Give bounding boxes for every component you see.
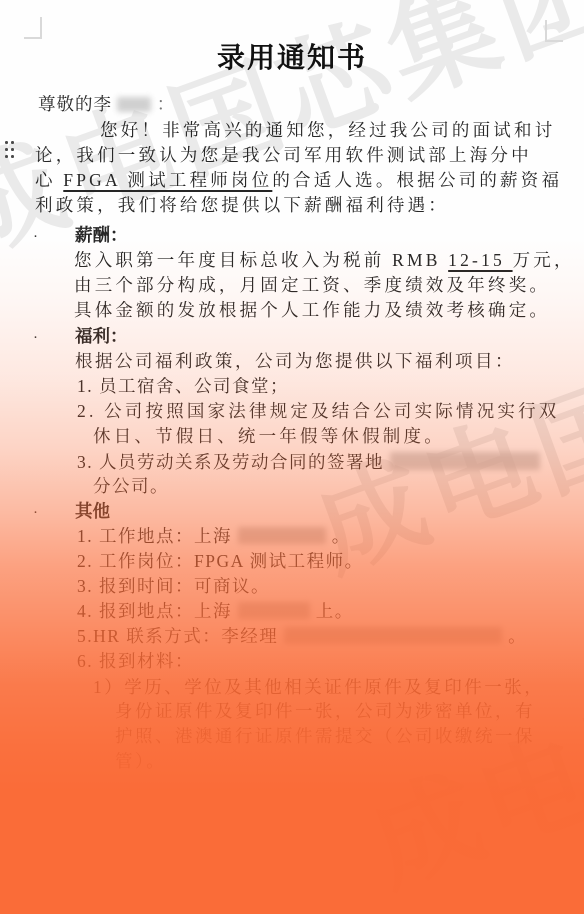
- work-location-label: 1. 工作地点：上海: [77, 526, 232, 546]
- others-item-4: 4. 报到地点：上海 上。: [77, 602, 354, 621]
- scanned-offer-letter: 成电国芯集团 成电国芯集团 成电国芯集团 录用通知书 尊敬的李 ： 您好！非常高…: [0, 0, 584, 914]
- others-item-6: 6. 报到材料：: [77, 652, 194, 671]
- welfare-item-3-text: 3. 人员劳动关系及劳动合同的签署地: [77, 452, 384, 472]
- salary-line-2: 由三个部分构成，月固定工资、季度绩效及年终奖。: [74, 276, 550, 295]
- intro-line-4: 利政策，我们将给您提供以下薪酬福利待遇：: [35, 196, 449, 215]
- salary-line-1: 您入职第一年度目标总收入为税前 RMB 12-15 万元，: [74, 251, 575, 270]
- drag-handle-icon[interactable]: [5, 141, 14, 158]
- materials-line-4: 管）。: [115, 752, 166, 771]
- welfare-item-2-line-1: 2. 公司按照国家法律规定及结合公司实际情况实行双: [77, 402, 560, 421]
- welfare-heading-line: ·福利：: [33, 327, 128, 348]
- salary-heading: 薪酬：: [75, 225, 128, 245]
- others-item-3: 3. 报到时间：可商议。: [77, 577, 270, 596]
- salutation: 尊敬的李 ：: [38, 95, 175, 114]
- intro-line-3-pre: 心: [35, 170, 63, 190]
- others-item-1-suffix: 。: [332, 526, 351, 546]
- list-bullet: ·: [33, 228, 75, 247]
- hr-contact-label: 5.HR 联系方式：李经理: [77, 626, 278, 646]
- others-heading: 其他: [75, 501, 110, 521]
- materials-line-1: 1）学历、学位及其他相关证件原件及复印件一张，: [93, 678, 544, 697]
- report-location-label: 4. 报到地点：上海: [77, 601, 232, 621]
- salary-range-underlined: 12-15: [448, 250, 512, 270]
- intro-line-3: 心 FPGA 测试工程师岗位的合适人选。根据公司的薪资福: [35, 171, 562, 190]
- redacted-report-address: [238, 602, 310, 619]
- list-bullet: ·: [33, 329, 75, 348]
- redacted-work-address: [238, 527, 326, 544]
- others-item-5: 5.HR 联系方式：李经理 。: [77, 627, 527, 646]
- salary-line-3: 具体金额的发放根据个人工作能力及绩效考核确定。: [74, 301, 550, 320]
- intro-line-3-post: 的合适人选。根据公司的薪资福: [272, 170, 562, 190]
- document-title: 录用通知书: [0, 36, 584, 76]
- redacted-name: [117, 97, 151, 112]
- salutation-suffix: ：: [157, 94, 176, 114]
- others-item-5-suffix: 。: [508, 626, 527, 646]
- others-item-4-suffix: 上。: [316, 601, 354, 621]
- list-bullet: ·: [33, 504, 75, 523]
- salary-line-1-pre: 您入职第一年度目标总收入为税前 RMB: [74, 250, 448, 270]
- welfare-heading: 福利：: [75, 326, 128, 346]
- others-heading-line: ·其他: [33, 502, 110, 523]
- materials-line-3: 护照、港澳通行证原件需提交（公司收缴统一保: [115, 727, 535, 746]
- intro-line-1: 您好！非常高兴的通知您，经过我公司的面试和讨: [100, 121, 555, 140]
- others-item-2: 2. 工作岗位：FPGA 测试工程师。: [77, 552, 364, 571]
- welfare-item-1: 1. 员工宿舍、公司食堂；: [77, 377, 289, 396]
- salutation-prefix: 尊敬的李: [38, 94, 112, 114]
- welfare-item-3-line-2: 分公司。: [93, 477, 169, 496]
- intro-line-2: 论，我们一致认为您是我公司军用软件测试部上海分中: [35, 146, 532, 165]
- welfare-item-3-line-1: 3. 人员劳动关系及劳动合同的签署地: [77, 452, 540, 472]
- materials-line-2: 身份证原件及复印件一张，公司为涉密单位，有: [115, 702, 535, 721]
- others-item-1: 1. 工作地点：上海 。: [77, 527, 351, 546]
- welfare-intro: 根据公司福利政策，公司为您提供以下福利项目：: [75, 352, 515, 371]
- salary-line-1-post: 万元，: [513, 250, 575, 270]
- welfare-item-2-line-2: 休日、节假日、统一年假等休假制度。: [93, 427, 445, 446]
- redacted-hr-phone: [284, 627, 502, 644]
- redacted-company-location: [390, 452, 540, 470]
- salary-heading-line: ·薪酬：: [33, 226, 128, 247]
- position-underlined: FPGA 测试工程师岗位: [63, 170, 272, 190]
